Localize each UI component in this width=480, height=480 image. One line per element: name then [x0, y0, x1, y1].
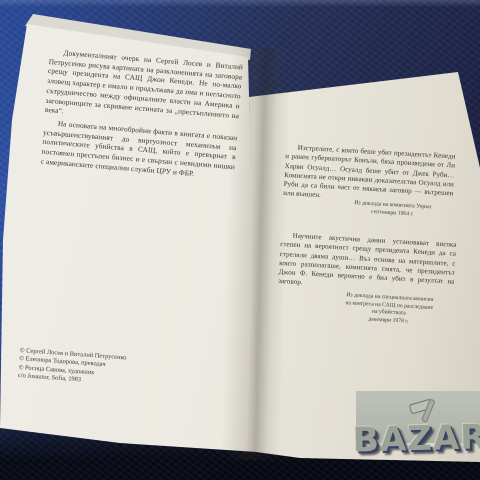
quote-1-text: Изстрелите, с които беше убит президентъ…: [283, 143, 456, 208]
copyright-block: © Сергей Лосев и Виталий Петрусенко © Ел…: [18, 347, 200, 393]
quote-2-text: Научните акустични данни установяват вис…: [278, 231, 457, 297]
book-photo: Изстрелите, с които беше убит президентъ…: [0, 0, 480, 480]
annotation-paragraph-1: Документалният очерк на Сергей Лосев и В…: [45, 47, 244, 130]
bazar-watermark-text: BAZAR: [352, 417, 480, 460]
quote-block-2: Научните акустични данни установяват вис…: [278, 231, 457, 297]
annotation-text: Документалният очерк на Сергей Лосев и В…: [40, 47, 243, 182]
quote-block-1: Изстрелите, с които беше убит президентъ…: [283, 143, 456, 208]
